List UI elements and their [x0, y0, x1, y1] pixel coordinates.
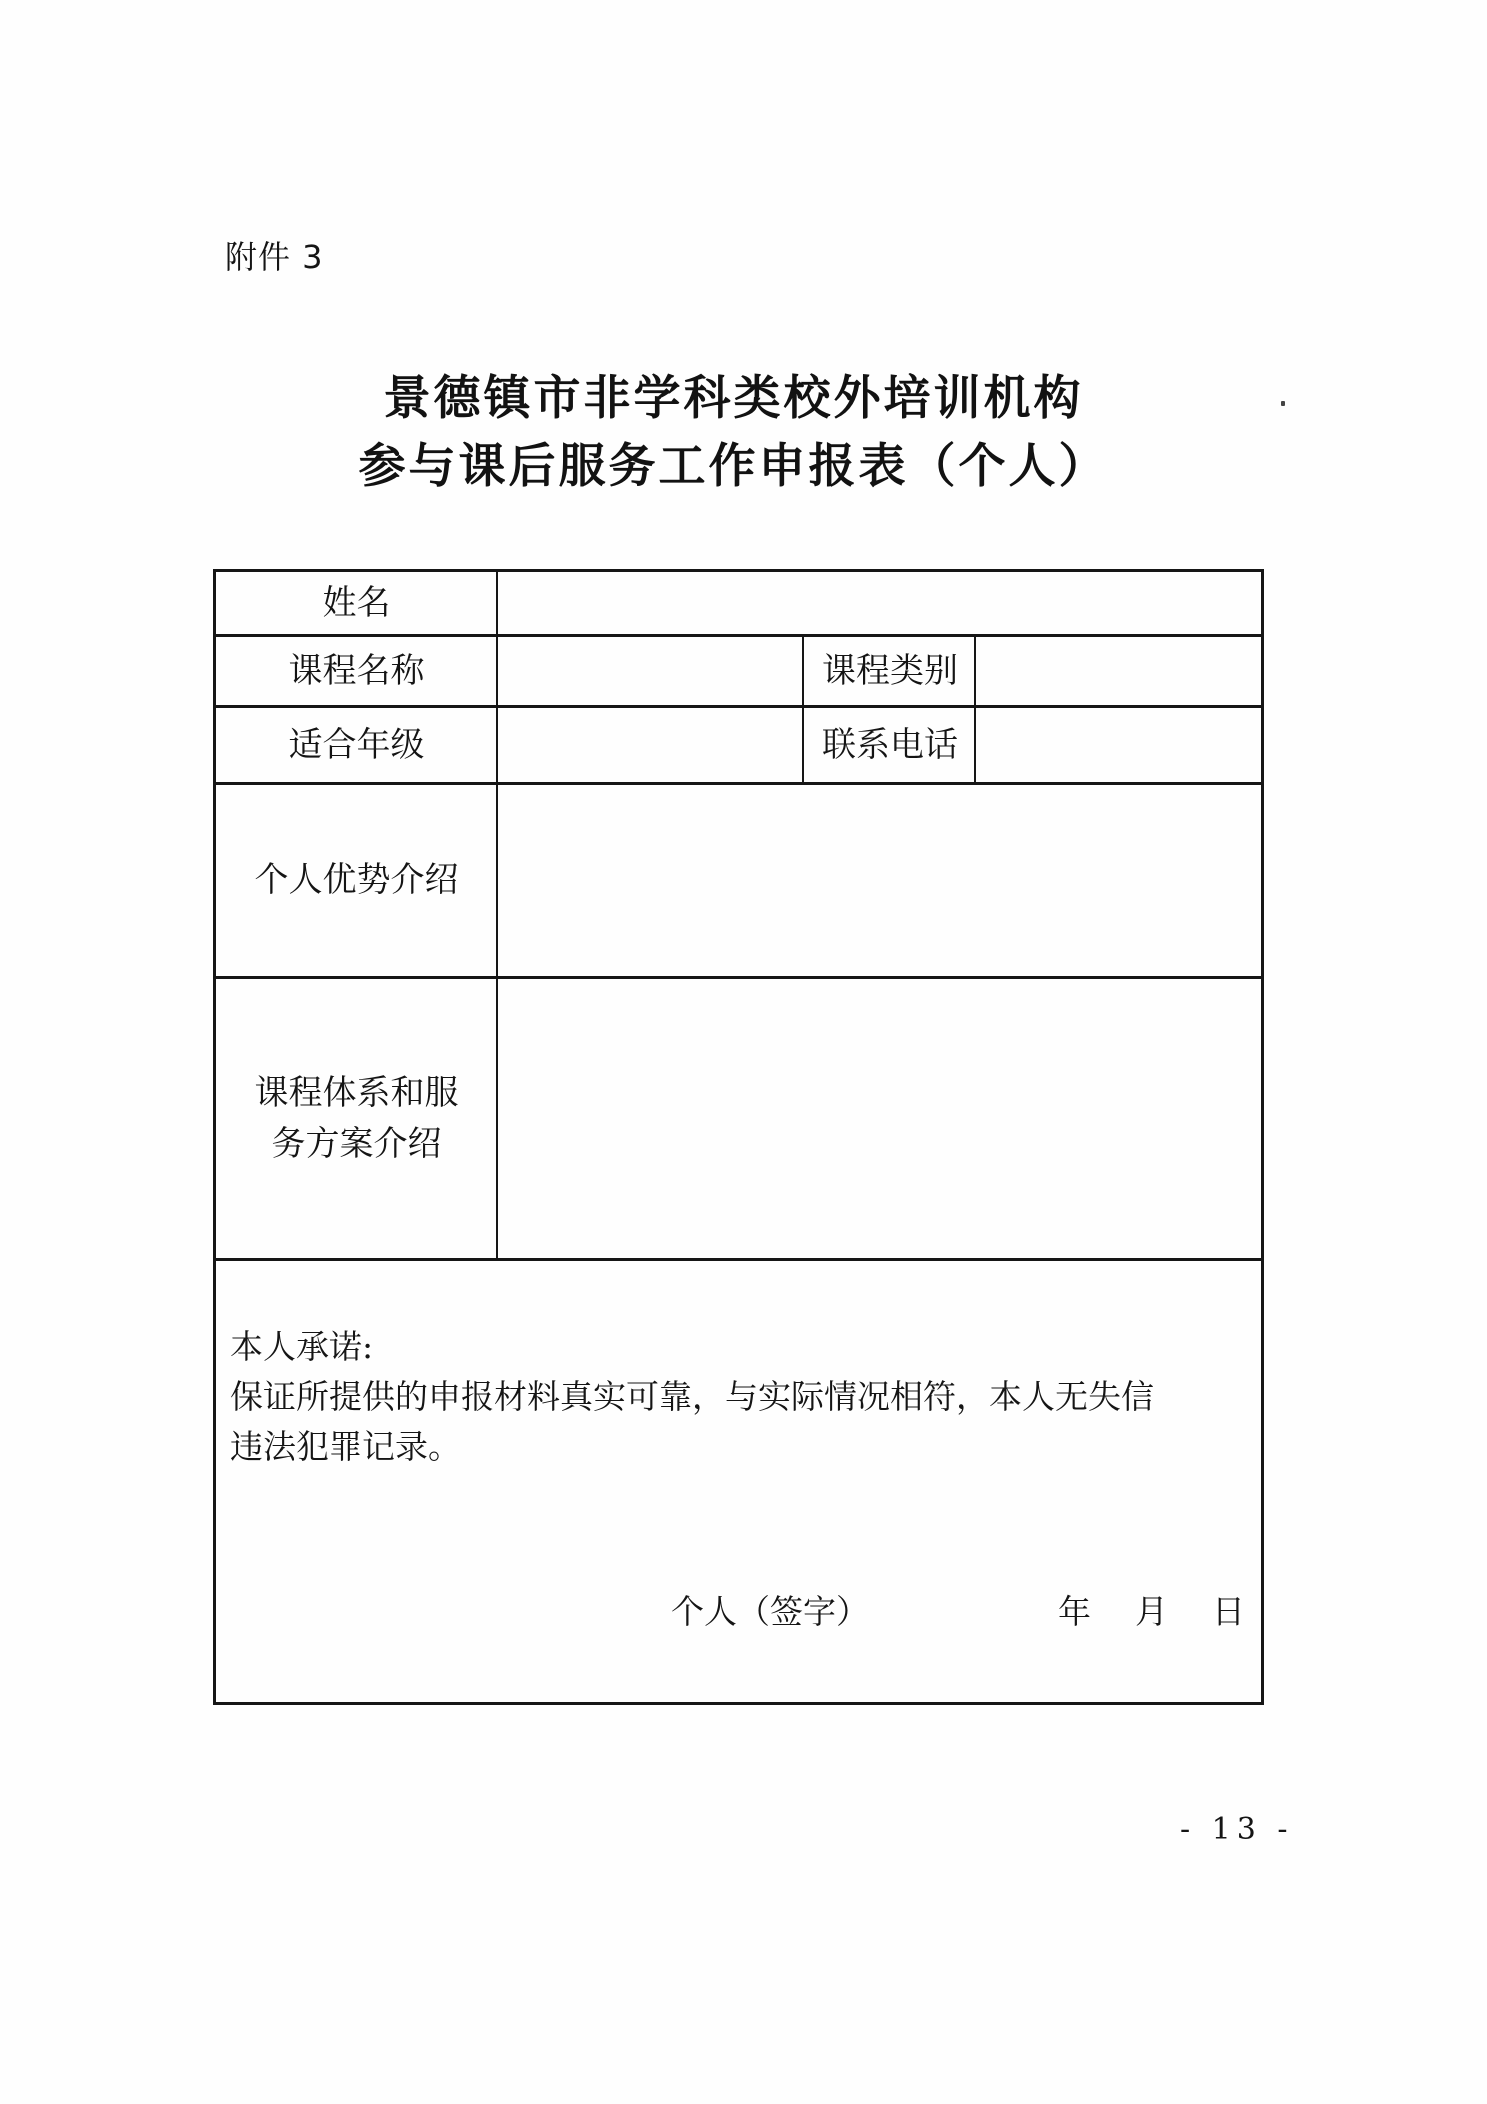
- course-system-label-line-1: 课程体系和服: [255, 1068, 459, 1119]
- personal-strengths-field[interactable]: [499, 784, 1264, 977]
- date-year-label: 年: [1058, 1586, 1091, 1633]
- signature-row: 个人（签字） 年 月 日: [671, 1586, 1249, 1633]
- course-name-label: 课程名称: [216, 636, 497, 706]
- pledge-section: 本人承诺: 保证所提供的申报材料真实可靠，与实际情况相符，本人无失信 违法犯罪记…: [230, 1322, 1251, 1472]
- course-system-label-line-2: 务方案介绍: [272, 1119, 442, 1170]
- course-system-field[interactable]: [499, 978, 1264, 1259]
- contact-phone-label: 联系电话: [805, 707, 975, 783]
- name-field[interactable]: [499, 572, 1264, 635]
- course-category-field[interactable]: [977, 636, 1264, 706]
- course-system-label: 课程体系和服 务方案介绍: [216, 978, 497, 1259]
- date-month-label: 月: [1135, 1586, 1168, 1633]
- pledge-text-line-1: 保证所提供的申报材料真实可靠，与实际情况相符，本人无失信: [230, 1372, 1251, 1422]
- pledge-heading: 本人承诺:: [230, 1322, 1251, 1372]
- suitable-grade-label: 适合年级: [216, 707, 497, 783]
- attachment-label: 附件 3: [225, 232, 324, 278]
- course-category-label: 课程类别: [805, 636, 975, 706]
- signature-label[interactable]: 个人（签字）: [671, 1586, 869, 1633]
- signature-date[interactable]: 年 月 日: [1058, 1586, 1245, 1633]
- column-divider: [802, 634, 804, 782]
- name-label: 姓名: [216, 572, 497, 635]
- form-title-line-2: 参与课后服务工作申报表（个人）: [0, 443, 1477, 490]
- course-name-field[interactable]: [499, 636, 802, 706]
- application-form-table: 姓名 课程名称 课程类别 适合年级 联系电话 个人优势介绍 课程体系和服 务方案…: [213, 569, 1264, 1705]
- form-title-line-1: 景德镇市非学科类校外培训机构: [0, 375, 1477, 422]
- contact-phone-field[interactable]: [977, 707, 1264, 783]
- personal-strengths-label: 个人优势介绍: [216, 784, 497, 977]
- page-number: - 13 -: [1180, 1812, 1294, 1847]
- suitable-grade-field[interactable]: [499, 707, 802, 783]
- scan-speck: [1281, 401, 1285, 406]
- date-day-label: 日: [1212, 1586, 1245, 1633]
- pledge-text-line-2: 违法犯罪记录。: [230, 1422, 1251, 1472]
- document-page: 附件 3 景德镇市非学科类校外培训机构 参与课后服务工作申报表（个人） 姓名 课…: [0, 0, 1487, 2104]
